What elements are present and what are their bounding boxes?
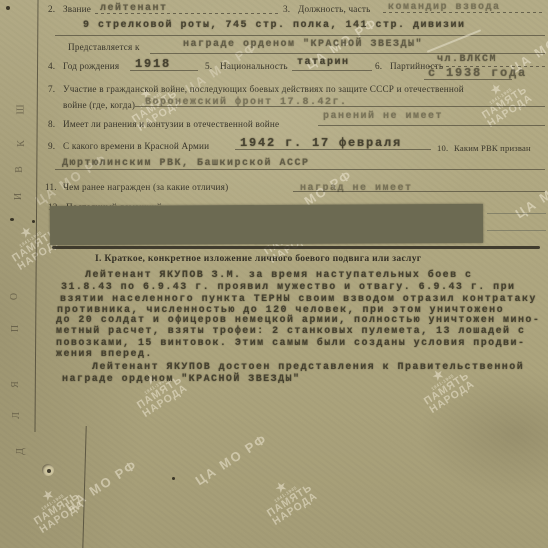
body-line: 31.8.43 по 6.9.43 г. проявил мужество и …	[61, 282, 516, 293]
field8-label: Имеет ли ранения и контузии в отечествен…	[63, 119, 279, 129]
field7-number: 7.	[48, 84, 55, 94]
margin-letter: Д	[15, 448, 26, 455]
field6-value2: с 1938 года	[428, 66, 527, 80]
field9-number: 9.	[48, 141, 55, 151]
paper-crease	[427, 29, 482, 53]
margin-letter: В	[14, 166, 25, 173]
field5-number: 5.	[205, 61, 212, 71]
watermark-archive: ЦА МО РФ	[193, 431, 270, 489]
star-icon: ★	[251, 465, 312, 510]
paper-speck	[10, 218, 14, 221]
award-document-scan: ЦА МО РФ ЦА МО РФ ЦА МО РФ ЦА МО РФ ЦА М…	[0, 0, 548, 548]
field8-value: ранений не имеет	[323, 111, 443, 122]
margin-letter: К	[16, 140, 27, 147]
watermark-memory: ★ 1941-1945 ПАМЯТЬ НАРОДА	[251, 465, 326, 531]
underline	[95, 13, 280, 14]
field6-number: 6.	[375, 61, 382, 71]
underline	[55, 35, 545, 36]
field5-label: Национальность	[220, 61, 288, 71]
body-line: жения вперед.	[56, 349, 153, 360]
margin-letter: О	[9, 293, 20, 300]
unit-line: 9 стрелковой роты, 745 стр. полка, 141 с…	[83, 20, 466, 31]
field4-label: Год рождения	[63, 61, 119, 71]
body-line: повозками, 15 винтовок. Этим самым были …	[56, 338, 525, 349]
present-label: Представляется к	[68, 42, 140, 52]
body-line: Лейтенант ЯКУПОВ достоен представления к…	[92, 362, 524, 373]
field5-value: татарин	[297, 57, 350, 68]
underline	[55, 169, 545, 170]
margin-letter: Л	[11, 412, 22, 419]
star-icon: ★	[18, 473, 79, 518]
body-line: взятии населенного пункта ТЕРНЫ своим вз…	[60, 294, 537, 305]
body-line: награде орденом "КРАСНОЙ ЗВЕЗДЫ"	[62, 374, 300, 385]
underline	[318, 125, 545, 126]
field3-number: 3.	[283, 4, 290, 14]
field6-value: чл.ВЛКСМ	[437, 54, 497, 65]
underline	[135, 106, 545, 107]
field2-number: 2.	[48, 4, 55, 14]
field11-number: 11.	[45, 182, 57, 192]
field10-value: Дюртюлинским РВК, Башкирской АССР	[62, 158, 310, 169]
margin-letter: И	[13, 193, 24, 200]
field10-number: 10.	[437, 143, 448, 153]
redaction-box	[50, 204, 483, 245]
field9-value: 1942 г. 17 февраля	[240, 136, 402, 150]
paper-speck	[172, 477, 175, 480]
present-value: награде орденом "КРАСНОЙ ЗВЕЗДЫ"	[183, 39, 423, 50]
watermark-memory: ★ 1941-1945 ПАМЯТЬ НАРОДА	[18, 473, 93, 539]
star-icon: ★	[408, 353, 469, 398]
underline	[487, 230, 546, 231]
field7-label: Участие в гражданской войне, последующих…	[63, 84, 464, 94]
underline	[424, 79, 512, 80]
underline	[293, 191, 545, 192]
body-line: Лейтенант ЯКУПОВ З.М. за время наступате…	[85, 270, 472, 281]
field11-label: Чем ранее награжден (за какие отличия)	[63, 182, 228, 192]
field4-number: 4.	[48, 61, 55, 71]
body-line: до 20 солдат и офицеров немецкой армии, …	[56, 315, 540, 326]
field7-label2: войне (где, когда)	[63, 100, 135, 110]
fold-line	[82, 426, 86, 548]
underline	[130, 70, 198, 71]
underline	[292, 70, 372, 71]
field8-number: 8.	[48, 119, 55, 129]
body-line: метный расчет, взяты трофеи: 2 станковых…	[56, 326, 525, 337]
paper-speck	[47, 469, 51, 473]
margin-letter: Ш	[16, 104, 27, 114]
field3-label: Должность, часть	[298, 4, 370, 14]
underline	[383, 12, 543, 13]
section-title: I. Краткое, конкретное изложение личного…	[95, 253, 421, 264]
field2-label: Звание	[63, 4, 91, 14]
underline	[235, 149, 431, 150]
margin-rule	[34, 0, 38, 432]
underline	[487, 213, 546, 214]
margin-letter: П	[10, 325, 21, 332]
watermark-archive: ЦА МО РФ	[63, 457, 140, 515]
field9-label: С какого времени в Красной Армии	[63, 141, 209, 151]
paper-speck	[32, 220, 35, 223]
field11-value: наград не имеет	[300, 183, 413, 194]
paper-speck	[6, 6, 10, 10]
field4-value: 1918	[135, 57, 171, 71]
section-divider	[52, 246, 540, 249]
field10-label: Каким РВК призван	[454, 143, 531, 153]
star-icon: ★	[0, 210, 57, 255]
margin-letter: Я	[10, 381, 21, 388]
